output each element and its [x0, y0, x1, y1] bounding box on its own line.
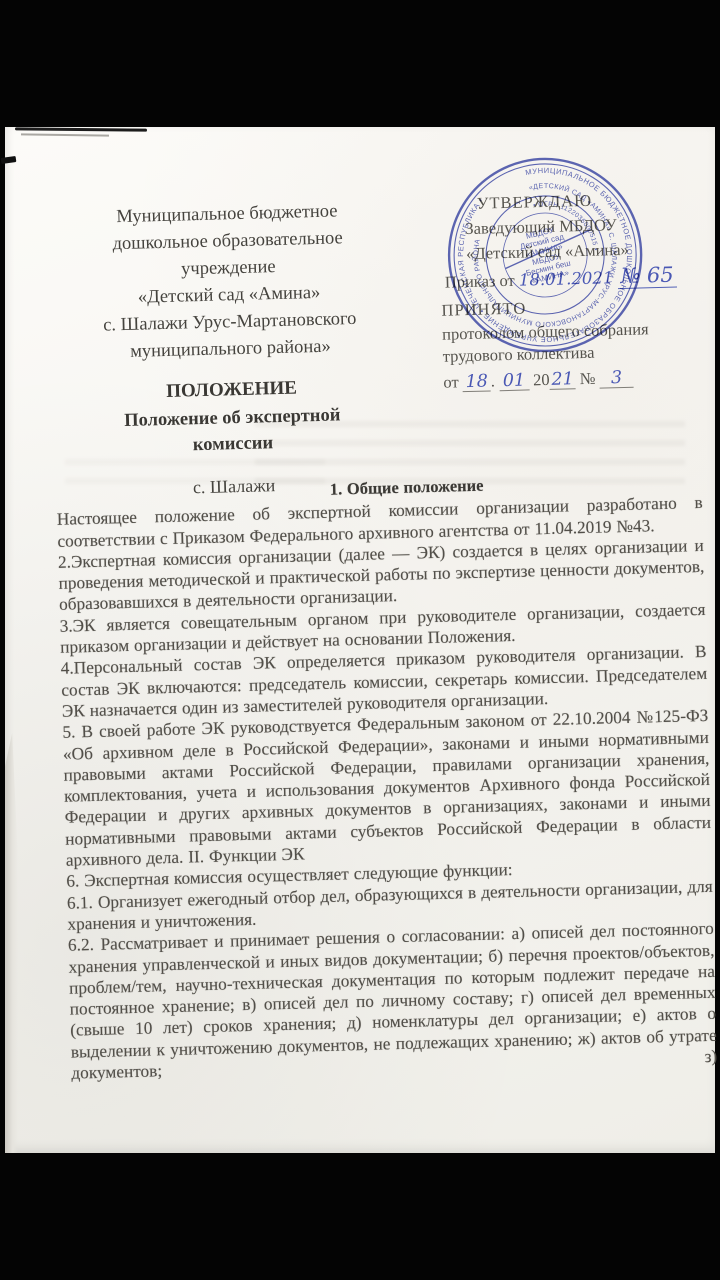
- document-title: Положение об экспертной комиссии: [106, 402, 359, 461]
- number-slot: 3: [599, 368, 633, 388]
- body-paragraph: 5. В своей работе ЭК руководствуется Фед…: [62, 705, 712, 871]
- paper-top-edge-mark: [15, 127, 147, 131]
- day-slot: 18: [463, 372, 491, 392]
- body-paragraph: 6.2. Рассматривает и принимает решения о…: [68, 918, 718, 1084]
- handwritten-number: 3: [611, 368, 623, 388]
- page-content: Муниципальное бюджетное дошкольное образ…: [0, 119, 720, 1163]
- org-header: Муниципальное бюджетное дошкольное образ…: [51, 197, 411, 505]
- handwritten-year: 21: [551, 369, 574, 390]
- stamp-center-text: МБДОУ Детский сад «АМИНА» МБДОУ Бесмин б…: [517, 223, 574, 286]
- from-label: от: [443, 372, 459, 391]
- document-page: Муниципальное бюджетное дошкольное образ…: [5, 127, 715, 1153]
- document-photo: Муниципальное бюджетное дошкольное образ…: [0, 0, 720, 1280]
- dot: .: [491, 371, 496, 390]
- handwritten-month: 01: [503, 370, 526, 391]
- year-slot: 21: [549, 370, 575, 390]
- year-century: 20: [533, 369, 550, 388]
- number-sign: №: [579, 368, 595, 387]
- document-body: 1. Общие положение Настоящее положение о…: [56, 469, 717, 1084]
- month-slot: 01: [499, 371, 529, 391]
